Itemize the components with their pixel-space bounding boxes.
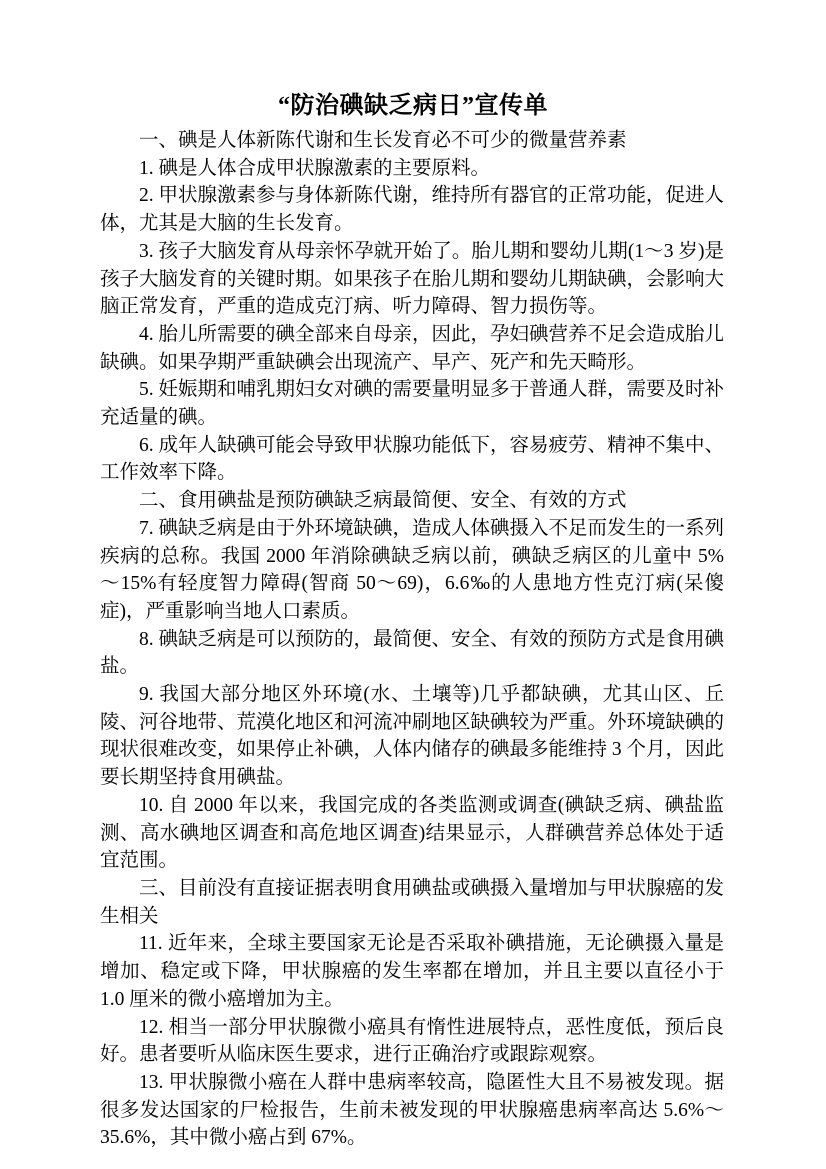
section-heading-1: 一、碘是人体新陈代谢和生长发育必不可少的微量营养素 <box>100 127 724 155</box>
document-page: “防治碘缺乏病日”宣传单 一、碘是人体新陈代谢和生长发育必不可少的微量营养素 1… <box>0 0 826 1169</box>
paragraph-item-6: 6. 成年人缺碘可能会导致甲状腺功能低下，容易疲劳、精神不集中、工作效率下降。 <box>100 432 724 487</box>
section-heading-2: 二、食用碘盐是预防碘缺乏病最简便、安全、有效的方式 <box>100 487 724 515</box>
paragraph-item-3: 3. 孩子大脑发育从母亲怀孕就开始了。胎儿期和婴幼儿期(1～3 岁)是孩子大脑发… <box>100 238 724 321</box>
paragraph-item-7: 7. 碘缺乏病是由于外环境缺碘，造成人体碘摄入不足而发生的一系列疾病的总称。我国… <box>100 515 724 626</box>
paragraph-item-5: 5. 妊娠期和哺乳期妇女对碘的需要量明显多于普通人群，需要及时补充适量的碘。 <box>100 376 724 431</box>
document-body: 一、碘是人体新陈代谢和生长发育必不可少的微量营养素 1. 碘是人体合成甲状腺激素… <box>100 127 724 1152</box>
paragraph-item-1: 1. 碘是人体合成甲状腺激素的主要原料。 <box>100 155 724 183</box>
paragraph-item-8: 8. 碘缺乏病是可以预防的，最简便、安全、有效的预防方式是食用碘盐。 <box>100 626 724 681</box>
paragraph-item-4: 4. 胎儿所需要的碘全部来自母亲，因此，孕妇碘营养不足会造成胎儿缺碘。如果孕期严… <box>100 321 724 376</box>
section-heading-3: 三、目前没有直接证据表明食用碘盐或碘摄入量增加与甲状腺癌的发生相关 <box>100 875 724 930</box>
paragraph-item-10: 10. 自 2000 年以来，我国完成的各类监测或调查(碘缺乏病、碘盐监测、高水… <box>100 792 724 875</box>
paragraph-item-13: 13. 甲状腺微小癌在人群中患病率较高，隐匿性大且不易被发现。据很多发达国家的尸… <box>100 1069 724 1152</box>
paragraph-item-2: 2. 甲状腺激素参与身体新陈代谢，维持所有器官的正常功能，促进人体，尤其是大脑的… <box>100 182 724 237</box>
document-title: “防治碘缺乏病日”宣传单 <box>0 0 826 122</box>
paragraph-item-11: 11. 近年来，全球主要国家无论是否采取补碘措施，无论碘摄入量是增加、稳定或下降… <box>100 930 724 1013</box>
paragraph-item-12: 12. 相当一部分甲状腺微小癌具有惰性进展特点，恶性度低，预后良好。患者要听从临… <box>100 1014 724 1069</box>
paragraph-item-9: 9. 我国大部分地区外环境(水、土壤等)几乎都缺碘，尤其山区、丘陵、河谷地带、荒… <box>100 681 724 792</box>
